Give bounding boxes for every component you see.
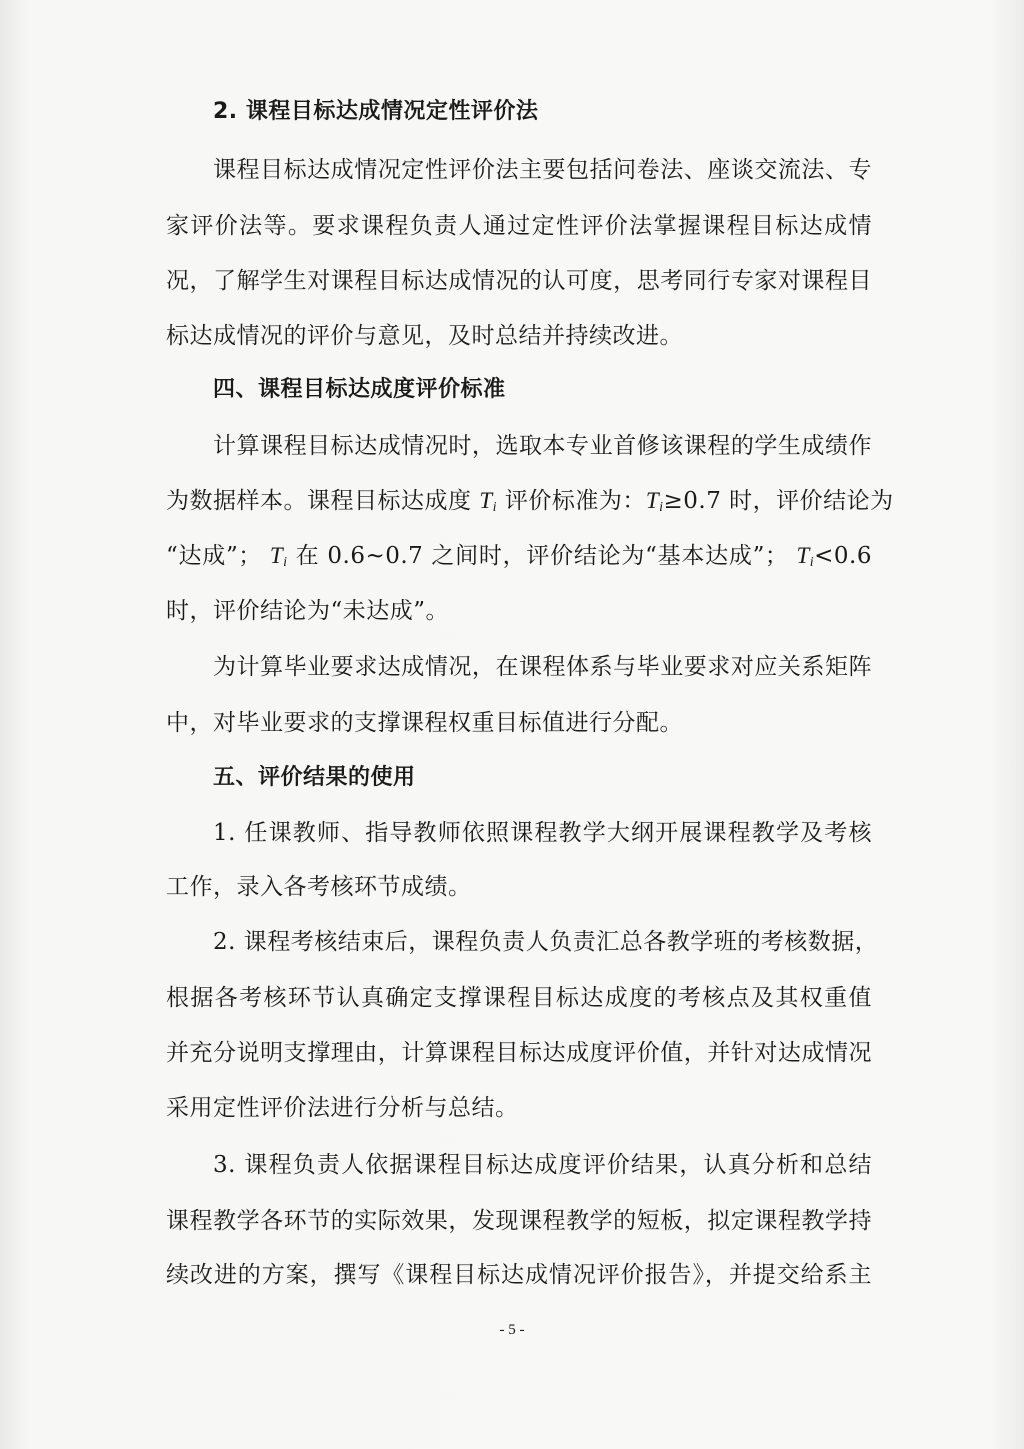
paragraph-line: 中，对毕业要求的支撑课程权重目标值进行分配。 [166,708,872,738]
paragraph-line: 为计算毕业要求达成情况，在课程体系与毕业要求对应关系矩阵 [213,652,872,682]
paragraph-line: 计算课程目标达成情况时，选取本专业首修该课程的学生成绩作 [213,431,872,461]
criteria-line-achieved: 为数据样本。课程目标达成度 Ti 评价标准为：Ti≥0.7 时，评价结论为 [166,486,872,523]
ti-symbol: Ti [270,543,288,568]
section-heading-results-usage: 五、评价结果的使用 [213,763,872,793]
text-fragment: <0.6 [814,543,872,569]
document-page: 2. 课程目标达成情况定性评价法 课程目标达成情况定性评价法主要包括问卷法、座谈… [0,0,1024,1449]
ti-symbol: Ti [646,488,664,513]
text-fragment: 为数据样本。课程目标达成度 [166,488,472,514]
paragraph-line: 时，评价结论为“未达成”。 [166,596,872,626]
list-item-line: 采用定性评价法进行分析与总结。 [166,1093,872,1123]
paragraph-line: 家评价法等。要求课程负责人通过定性评价法掌握课程目标达成情 [166,211,872,241]
ti-symbol: Ti [796,543,814,568]
paragraph-line: 标达成情况的评价与意见，及时总结并持续改进。 [166,321,872,351]
ti-symbol: Ti [479,488,497,513]
text-fragment: “达成”； [166,543,262,569]
list-item-line: 工作，录入各考核环节成绩。 [166,872,872,902]
paragraph-line: 课程目标达成情况定性评价法主要包括问卷法、座谈交流法、专 [213,155,872,185]
list-item-line: 3. 课程负责人依据课程目标达成度评价结果，认真分析和总结 [213,1150,872,1180]
list-item-line: 续改进的方案，撰写《课程目标达成情况评价报告》，并提交给系主 [166,1260,872,1290]
section-heading-evaluation-criteria: 四、课程目标达成度评价标准 [213,375,872,405]
list-item-line: 并充分说明支撑理由，计算课程目标达成度评价值，并针对达成情况 [166,1038,872,1068]
criteria-line-basic: “达成”； Ti 在 0.6~0.7 之间时，评价结论为“基本达成”； Ti<0… [166,541,872,578]
section-heading-qualitative-method: 2. 课程目标达成情况定性评价法 [213,97,872,127]
paragraph-line: 况，了解学生对课程目标达成情况的认可度，思考同行专家对课程目 [166,266,872,296]
list-item-line: 2. 课程考核结束后，课程负责人负责汇总各教学班的考核数据， [213,927,872,957]
list-item-line: 根据各考核环节认真确定支撑课程目标达成度的考核点及其权重值 [166,983,872,1013]
text-fragment: 在 0.6~0.7 之间时，评价结论为“基本达成”； [296,543,789,569]
list-item-line: 1. 任课教师、指导教师依照课程教学大纲开展课程教学及考核 [213,818,872,848]
page-number: - 5 - [0,1322,1024,1339]
text-fragment: ≥0.7 时，评价结论为 [664,488,894,514]
text-fragment: 评价标准为： [505,488,646,514]
list-item-line: 课程教学各环节的实际效果，发现课程教学的短板，拟定课程教学持 [166,1206,872,1236]
